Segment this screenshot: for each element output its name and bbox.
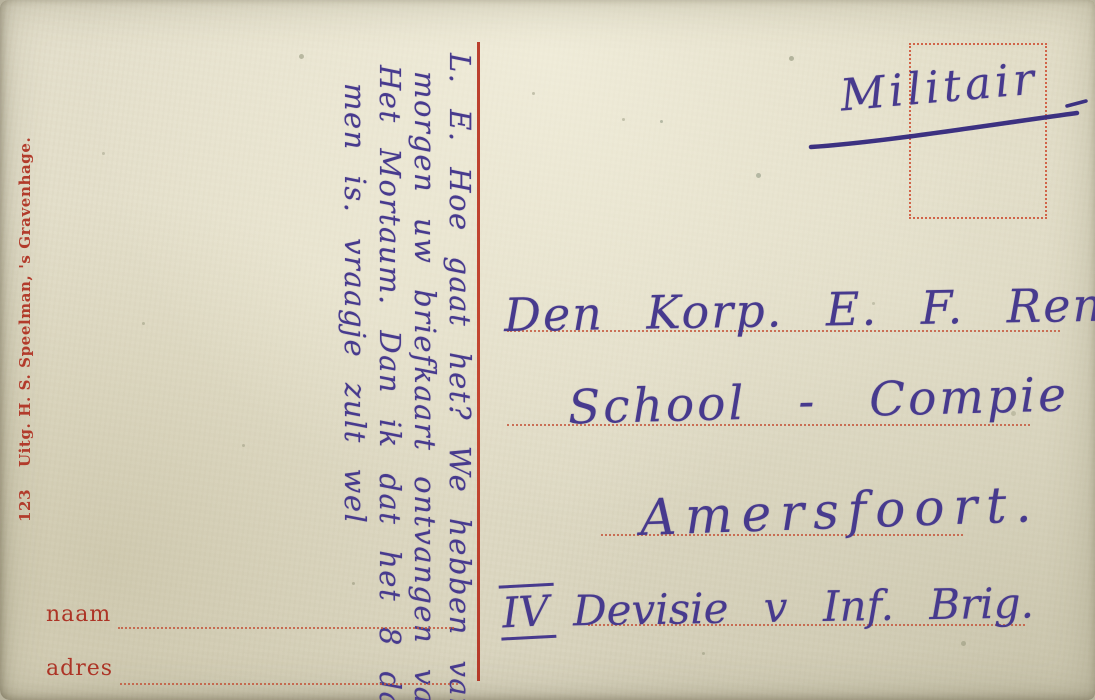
address-line-4: IVDevisie v Inf. Brig. bbox=[500, 575, 1035, 639]
message-line: men is. vraagje zult wel bbox=[337, 25, 372, 685]
naam-label: naam bbox=[46, 602, 111, 627]
adres-label: adres bbox=[46, 656, 113, 681]
imprint-publisher: Uitg. H. S. Speelman, 's Gravenhage. bbox=[16, 137, 34, 467]
address-line-3: Amersfoort. bbox=[639, 475, 1041, 547]
division-numeral: IV bbox=[499, 583, 557, 641]
message-line: Het Mortaum. Dan ik dat het 8 dage mooi bbox=[372, 25, 407, 685]
address-line-4-text: Devisie v Inf. Brig. bbox=[573, 578, 1035, 635]
message-line: morgen uw briefkaart ontvangen van bbox=[407, 25, 442, 685]
message-line: L. E. Hoe gaat het? We hebben van„ bbox=[442, 25, 477, 685]
message-handwriting: L. E. Hoe gaat het? We hebben van„ morge… bbox=[337, 25, 477, 685]
address-line-1: Den Korp. E. F. Renther bbox=[504, 276, 1095, 342]
adres-rule bbox=[120, 683, 458, 685]
paper-specks bbox=[0, 0, 3, 3]
militair-underline bbox=[805, 90, 1095, 160]
divider-line bbox=[477, 42, 480, 681]
postcard: 123 Uitg. H. S. Speelman, 's Gravenhage.… bbox=[0, 0, 1095, 700]
imprint-number: 123 bbox=[16, 489, 34, 522]
naam-rule bbox=[118, 627, 454, 629]
publisher-imprint: 123 Uitg. H. S. Speelman, 's Gravenhage. bbox=[16, 200, 40, 522]
